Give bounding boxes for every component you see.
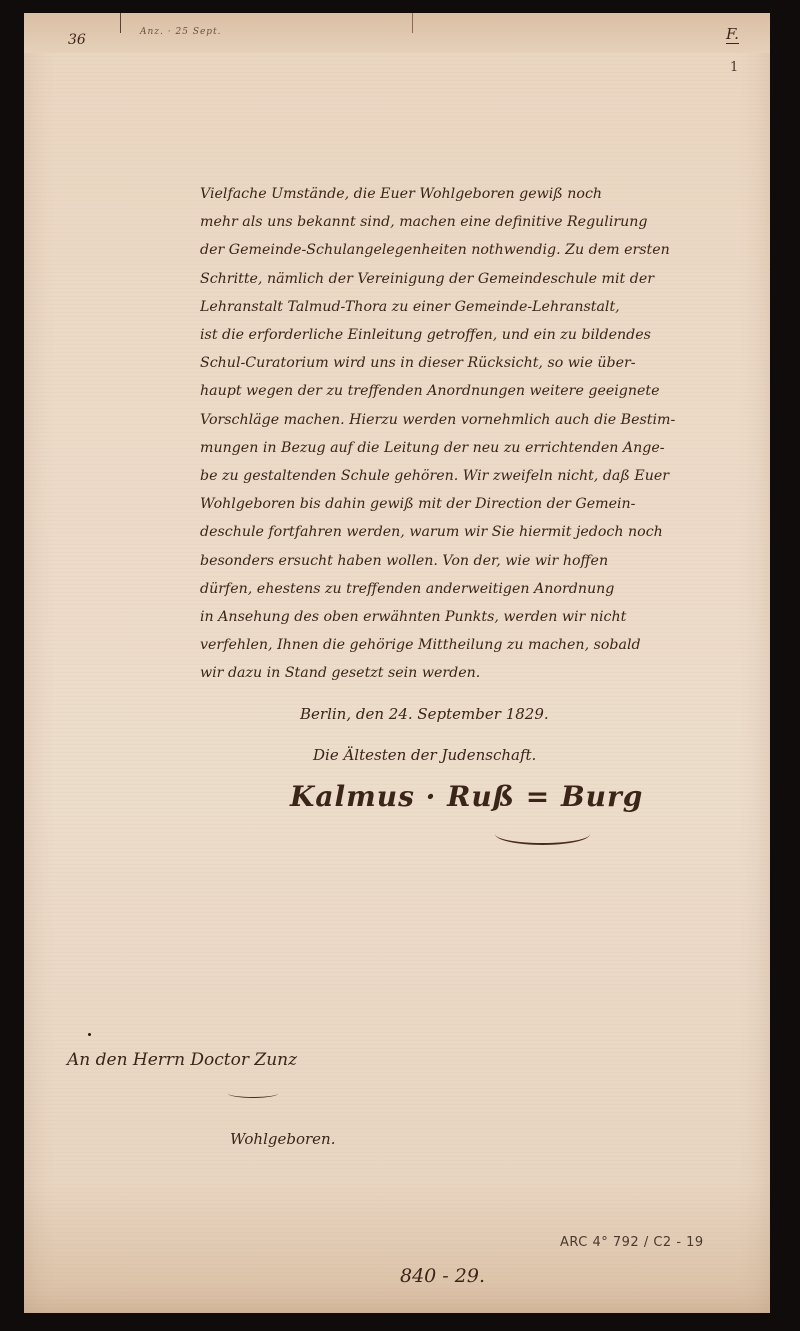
honorific: Wohlgeboren.	[230, 1130, 335, 1148]
folded-top-edge	[24, 13, 770, 53]
signature: Kalmus · Ruß = Burg	[290, 780, 643, 813]
body-line: Lehranstalt Talmud-Thora zu einer Gemein…	[200, 293, 788, 321]
body-line: ist die erforderliche Einleitung getroff…	[200, 321, 788, 349]
issuer-line: Die Ältesten der Judenschaft.	[313, 746, 536, 764]
top-margin-note: Anz. · 25 Sept.	[140, 27, 222, 37]
folio-number: 36	[68, 32, 86, 48]
body-line: verfehlen, Ihnen die gehörige Mittheilun…	[200, 631, 788, 659]
inventory-number: 840 - 29.	[400, 1265, 485, 1287]
body-line: Schul-Curatorium wird uns in dieser Rück…	[200, 349, 788, 377]
body-line: wir dazu in Stand gesetzt sein werden.	[200, 659, 788, 687]
page-number: 1	[730, 60, 738, 75]
body-line: Vorschläge machen. Hierzu werden vornehm…	[200, 406, 788, 434]
signature-flourish	[495, 823, 590, 845]
ink-dot	[88, 1033, 91, 1036]
body-line: Schritte, nämlich der Vereinigung der Ge…	[200, 265, 788, 293]
body-line: in Ansehung des oben erwähnten Punkts, w…	[200, 603, 788, 631]
addressee-flourish	[228, 1089, 278, 1098]
section-mark: F.	[726, 25, 739, 44]
archive-shelfmark: ARC 4° 792 / C2 - 19	[560, 1235, 704, 1250]
place-date-line: Berlin, den 24. September 1829.	[300, 705, 549, 723]
body-line: besonders ersucht haben wollen. Von der,…	[200, 547, 788, 575]
body-line: deschule fortfahren werden, warum wir Si…	[200, 518, 788, 546]
letter-body: Vielfache Umstände, die Euer Wohlgeboren…	[200, 180, 788, 688]
addressee: An den Herrn Doctor Zunz	[67, 1050, 297, 1070]
body-line: Wohlgeboren bis dahin gewiß mit der Dire…	[200, 490, 788, 518]
body-line: be zu gestaltenden Schule gehören. Wir z…	[200, 462, 788, 490]
body-line: dürfen, ehestens zu treffenden anderweit…	[200, 575, 788, 603]
body-line: Vielfache Umstände, die Euer Wohlgeboren…	[200, 180, 788, 208]
tear-mark	[120, 13, 121, 33]
body-line: haupt wegen der zu treffenden Anordnunge…	[200, 377, 788, 405]
tear-mark	[412, 13, 413, 33]
body-line: mungen in Bezug auf die Leitung der neu …	[200, 434, 788, 462]
body-line: mehr als uns bekannt sind, machen eine d…	[200, 208, 788, 236]
body-line: der Gemeinde-Schulangelegenheiten nothwe…	[200, 236, 788, 264]
